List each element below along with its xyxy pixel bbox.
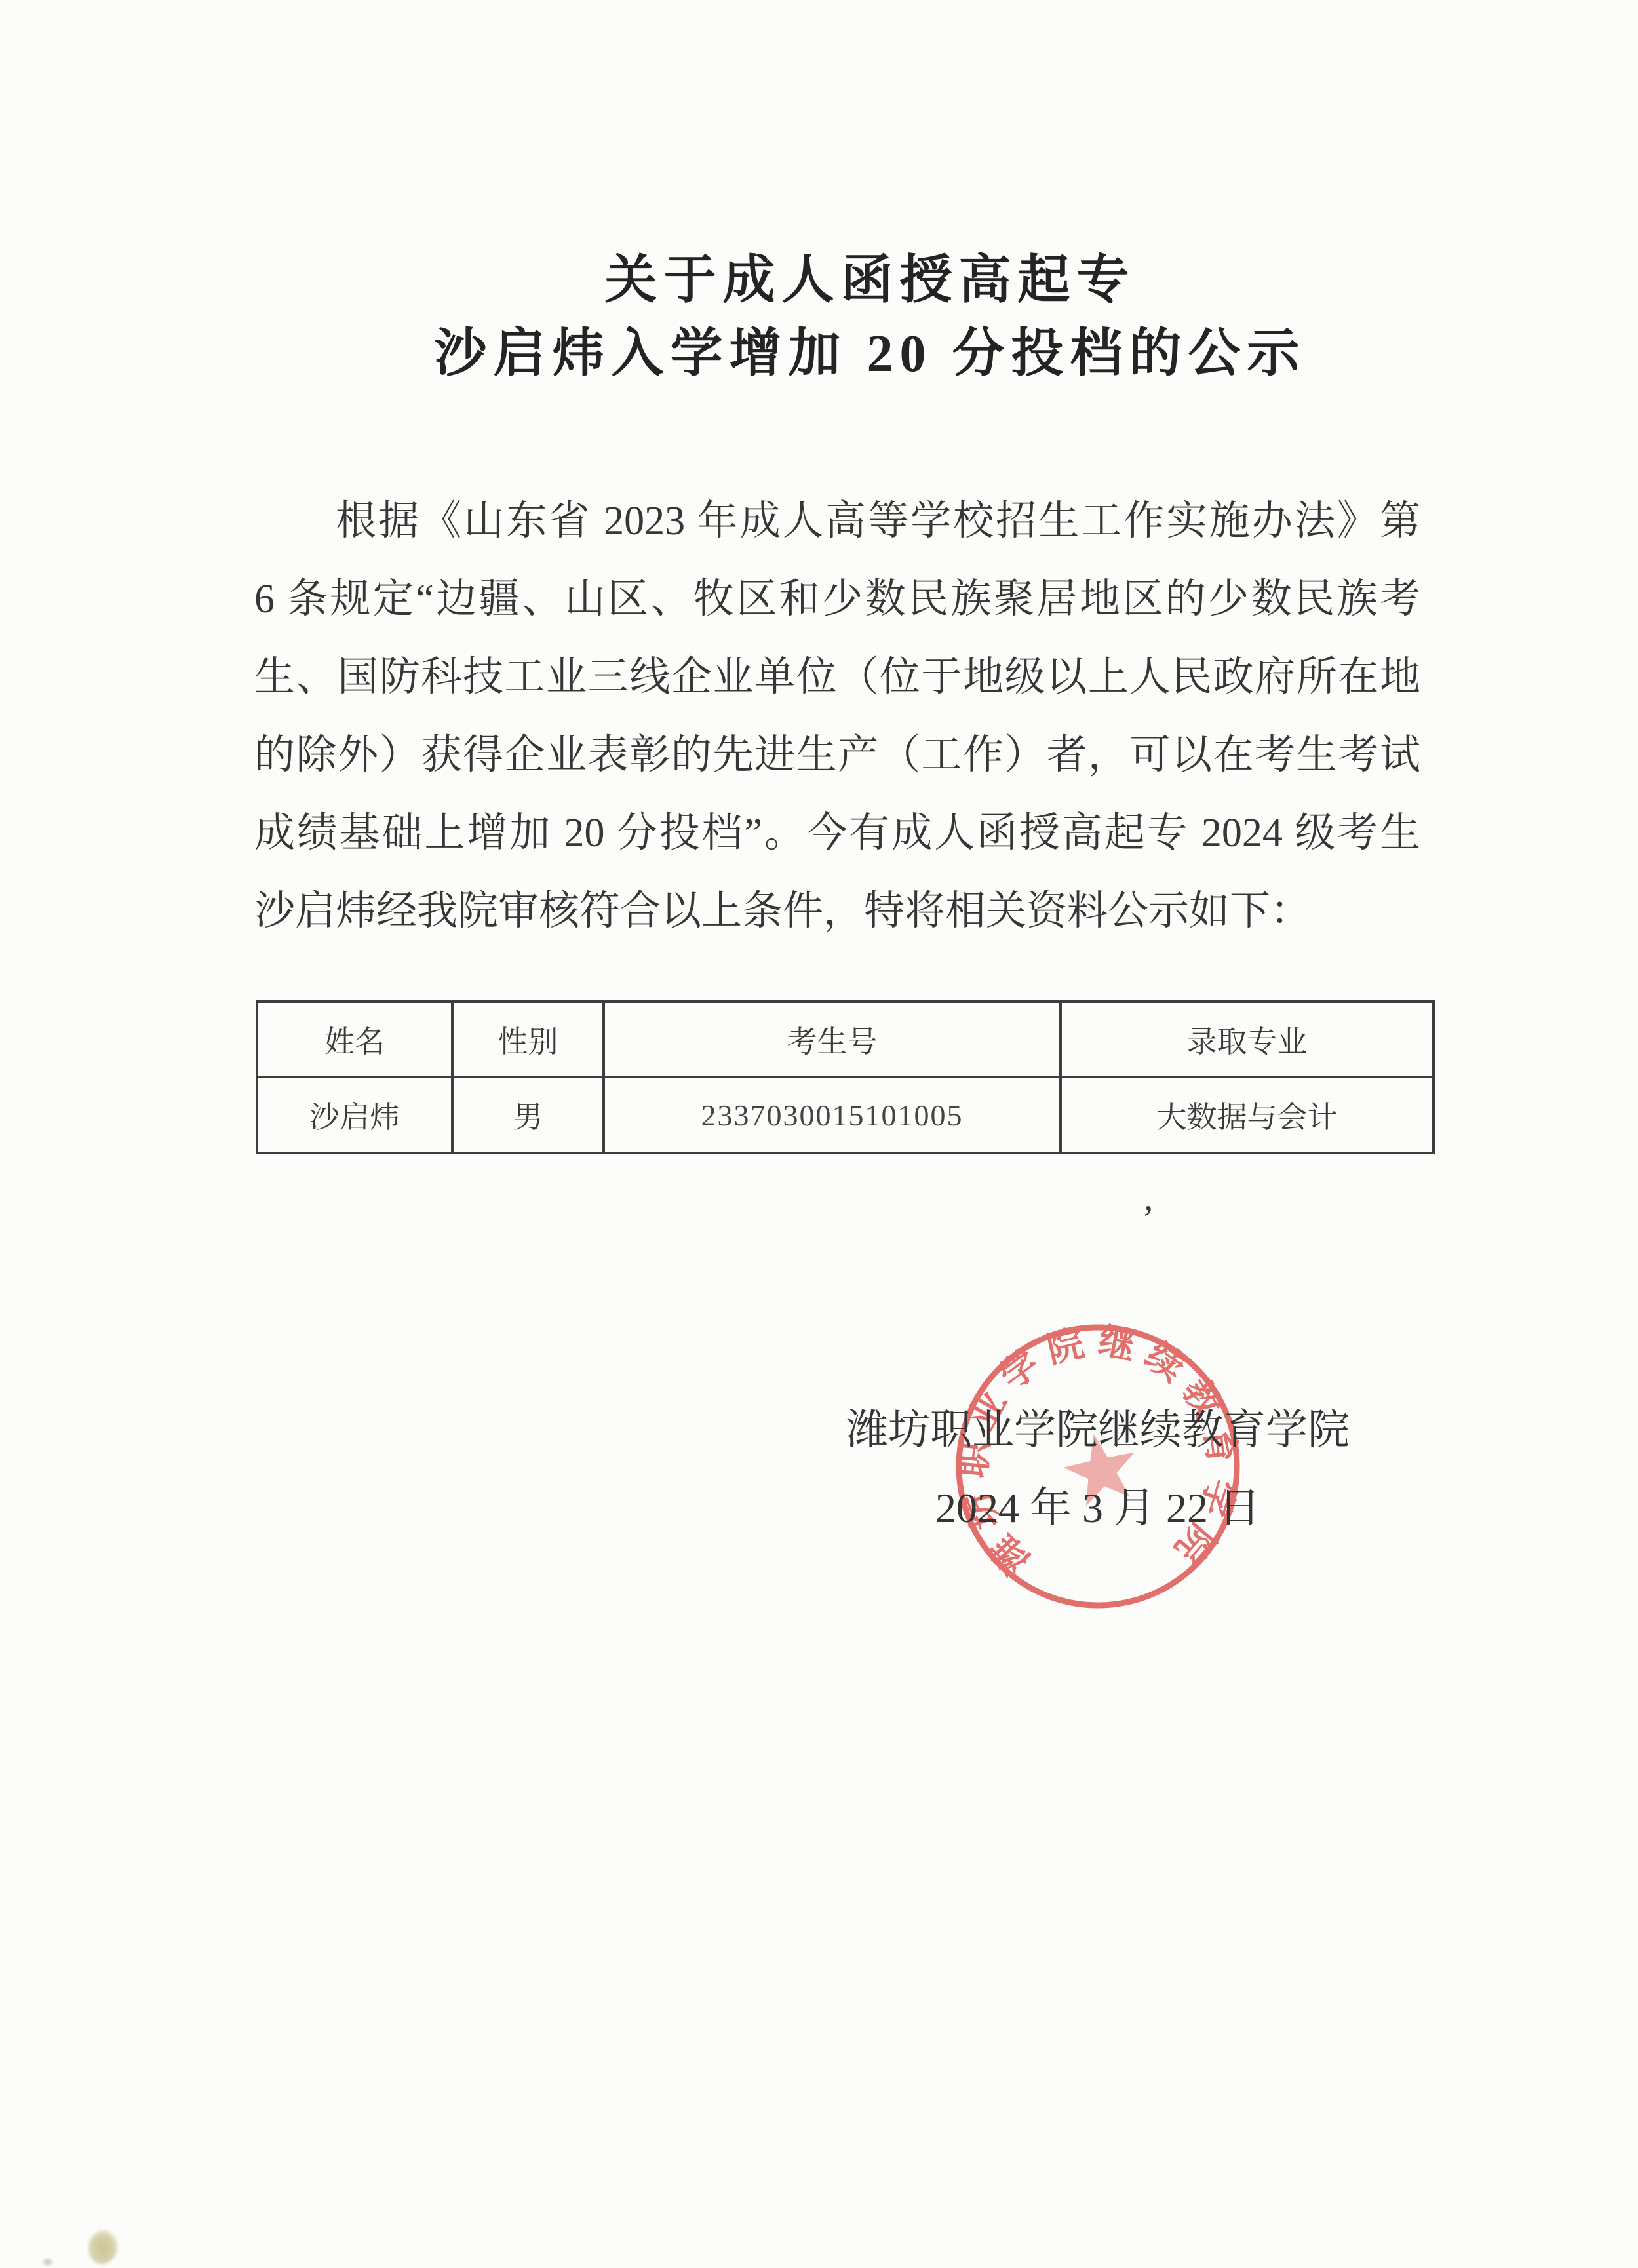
- scan-speck: [43, 2259, 52, 2265]
- document-title: 关于成人函授高起专 沙启炜入学增加 20 分投档的公示: [51, 244, 1638, 391]
- cell-exam-id: 2337030015101005: [604, 1077, 1061, 1153]
- signature-block: 潍坊职业学院继续教育学院 2024 年 3 月 22 日: [705, 1391, 1491, 1547]
- signature-date: 2024 年 3 月 22 日: [705, 1469, 1491, 1547]
- title-line-1: 关于成人函授高起专: [51, 244, 1638, 317]
- table-header-row: 姓名 性别 考生号 录取专业: [257, 1002, 1433, 1077]
- header-gender: 性别: [452, 1002, 604, 1077]
- cell-name: 沙启炜: [257, 1077, 452, 1153]
- stray-comma-mark: ’: [1142, 1197, 1154, 1241]
- body-line: 生、国防科技工业三线企业单位（位于地级以上人民政府所在地: [254, 638, 1420, 716]
- body-line: 的除外）获得企业表彰的先进生产（工作）者，可以在考生考试: [254, 716, 1420, 794]
- cell-major: 大数据与会计: [1061, 1077, 1433, 1153]
- title-line-2: 沙启炜入学增加 20 分投档的公示: [51, 317, 1638, 391]
- body-line: 6 条规定“边疆、山区、牧区和少数民族聚居地区的少数民族考: [254, 560, 1420, 638]
- scan-smudge: [88, 2230, 118, 2264]
- body-line: 根据《山东省 2023 年成人高等学校招生工作实施办法》第: [254, 482, 1420, 560]
- applicant-table: 姓名 性别 考生号 录取专业 沙启炜 男 2337030015101005 大数…: [256, 1000, 1435, 1154]
- header-name: 姓名: [257, 1002, 452, 1077]
- table-row: 沙启炜 男 2337030015101005 大数据与会计: [257, 1077, 1433, 1153]
- document-page: 关于成人函授高起专 沙启炜入学增加 20 分投档的公示 根据《山东省 2023 …: [0, 0, 1638, 2268]
- header-exam-id: 考生号: [604, 1002, 1061, 1077]
- cell-gender: 男: [452, 1077, 604, 1153]
- body-line: 沙启炜经我院审核符合以上条件，特将相关资料公示如下：: [254, 872, 1420, 950]
- body-line: 成绩基础上增加 20 分投档”。今有成人函授高起专 2024 级考生: [254, 794, 1420, 872]
- body-paragraph: 根据《山东省 2023 年成人高等学校招生工作实施办法》第 6 条规定“边疆、山…: [254, 482, 1420, 950]
- signature-org: 潍坊职业学院继续教育学院: [705, 1391, 1491, 1469]
- header-major: 录取专业: [1061, 1002, 1433, 1077]
